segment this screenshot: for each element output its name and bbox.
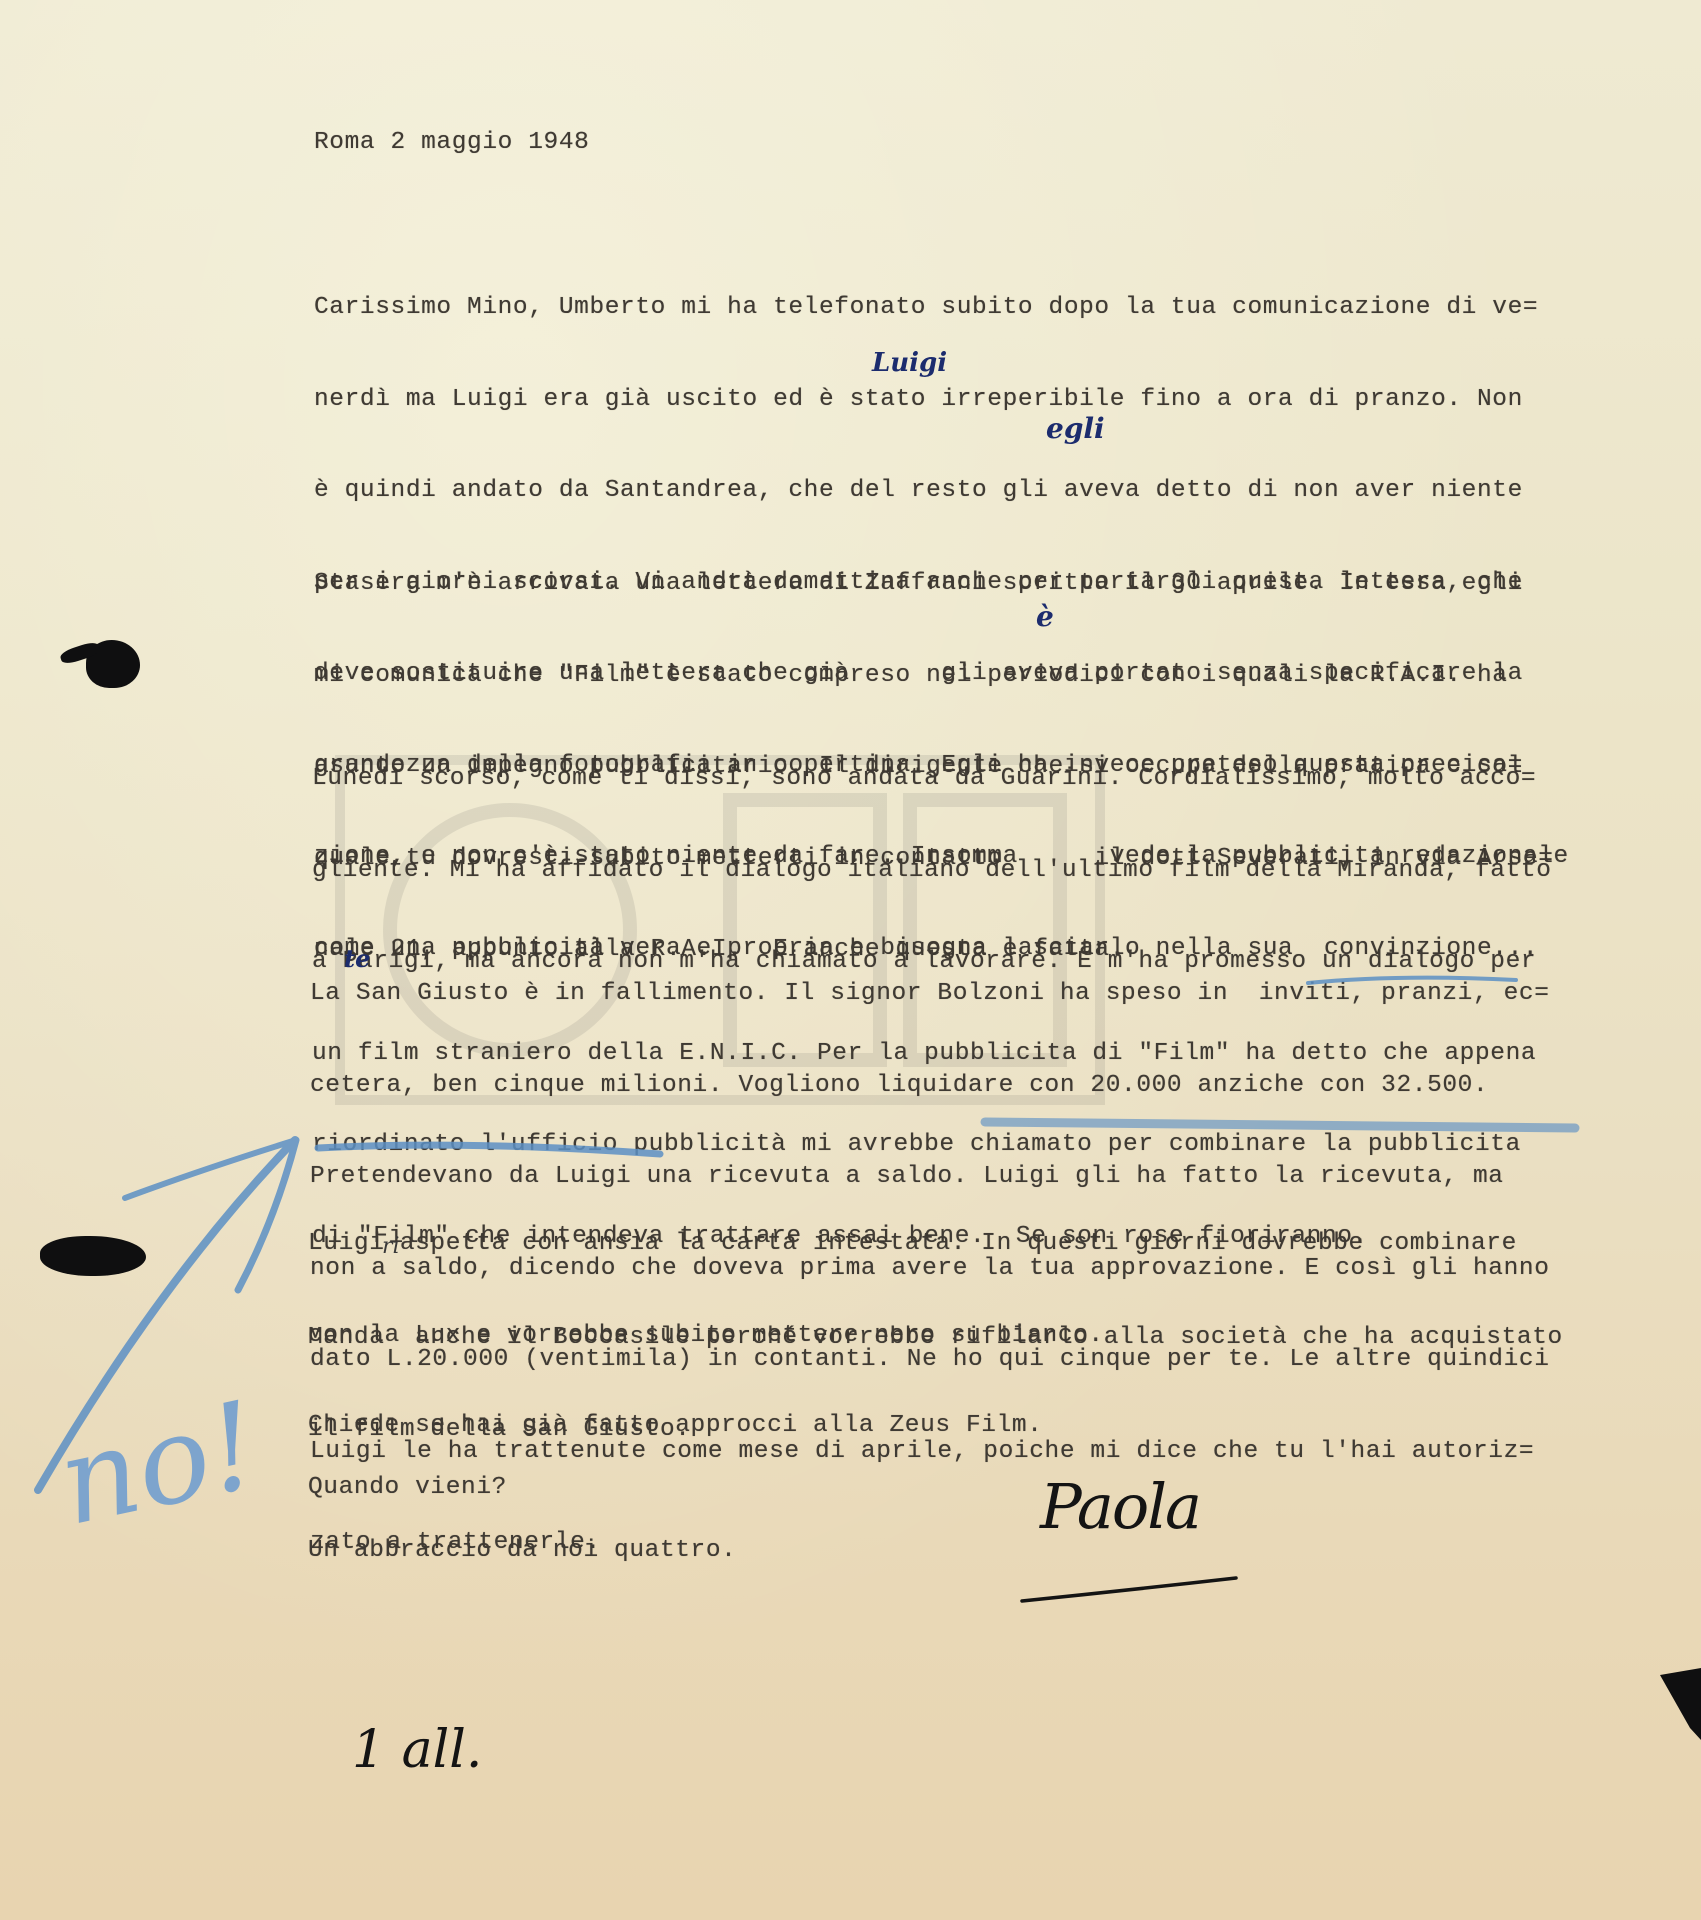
text-line: Lunedì scorso, come ti dissi, sono andat… bbox=[312, 764, 1552, 795]
text-line: Carissimo Mino, Umberto mi ha telefonato… bbox=[314, 293, 1569, 324]
text-line: La San Giusto è in fallimento. Il signor… bbox=[310, 979, 1550, 1010]
date-line: Roma 2 maggio 1948 bbox=[314, 128, 589, 159]
handwritten-insert-e: è bbox=[1036, 600, 1054, 633]
margin-note-no: no! bbox=[48, 1376, 270, 1553]
handwritten-insert-te: te bbox=[344, 944, 370, 973]
text-line: Luigi aspetta con ansia la carta intesta… bbox=[308, 1229, 1517, 1260]
punch-hole-lower bbox=[40, 1236, 146, 1276]
paragraph-9: Un abbraccio da noi quattro. bbox=[308, 1475, 736, 1597]
text-line: Manda anche il Boccasile perché vorrebbe… bbox=[308, 1323, 1563, 1354]
enclosure-note: 1 all. bbox=[352, 1720, 482, 1780]
handwritten-insert-luigi: Luigi bbox=[872, 348, 947, 378]
text-line: gliente. Mi ha affidato il dialogo itali… bbox=[312, 856, 1552, 887]
text-line: Un abbraccio da noi quattro. bbox=[308, 1536, 736, 1567]
text-line: cetera, ben cinque milioni. Vogliono liq… bbox=[310, 1071, 1550, 1102]
text-line: è quindi andato da Santandrea, che del r… bbox=[314, 476, 1569, 507]
handwritten-insert-egli: egli bbox=[1046, 412, 1105, 445]
signature: Paola bbox=[1040, 1470, 1200, 1543]
text-line: nerdì ma Luigi era già uscito ed è stato… bbox=[314, 385, 1569, 416]
handwritten-insert-ri: ri bbox=[382, 1234, 400, 1259]
text-line: mi comunica che "Film" è stato compreso … bbox=[314, 661, 1554, 692]
text-line: Stasera m'è arrivata una lettera di Zaff… bbox=[314, 569, 1554, 600]
